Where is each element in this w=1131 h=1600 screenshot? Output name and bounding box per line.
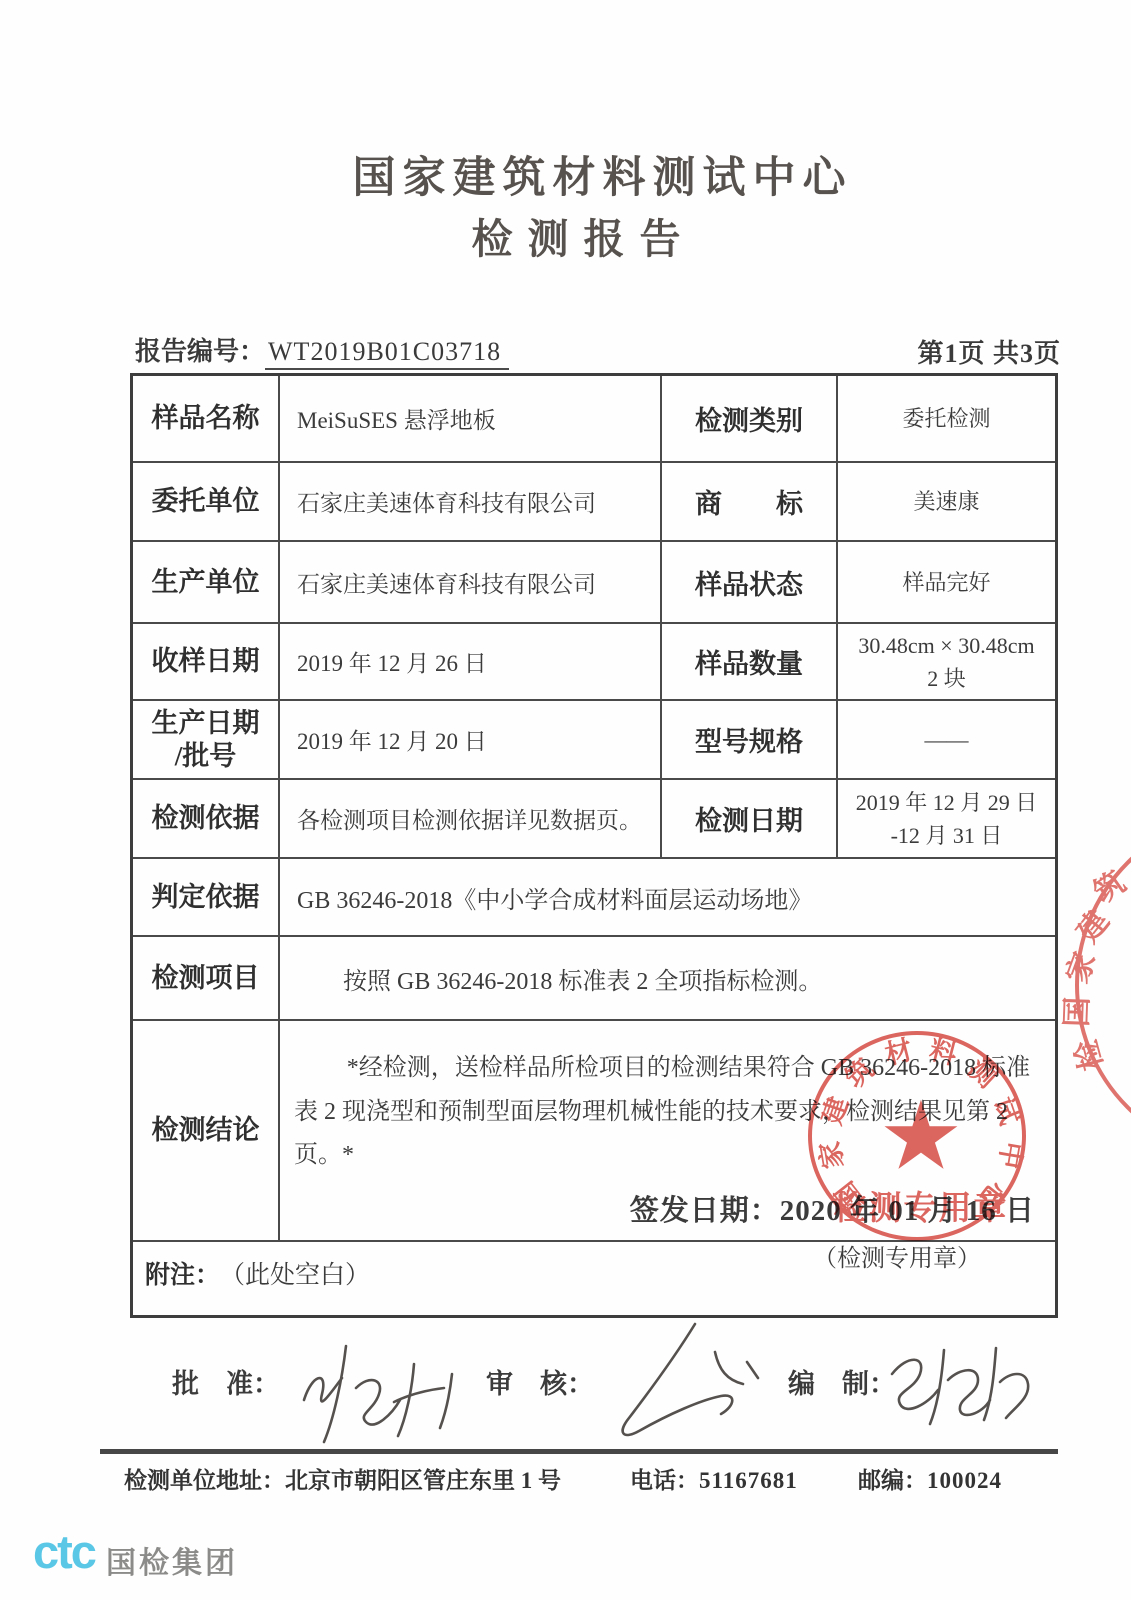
table-row: 检测项目 按照 GB 36246-2018 标准表 2 全项指标检测。: [133, 937, 1055, 1021]
page-count: 第1页 共3页: [917, 333, 1061, 370]
footer-phone-value: 51167681: [699, 1468, 798, 1493]
row-label: 委托单位: [133, 463, 280, 540]
row-label: 收样日期: [133, 624, 280, 699]
issue-date: 签发日期：2020 年 01 月 16 日: [294, 1188, 1043, 1229]
table-row-note: 附注： （此处空白）: [133, 1242, 1055, 1315]
row-label: 检测类别: [662, 376, 838, 461]
row-label: 判定依据: [133, 859, 280, 935]
row-label: 生产单位: [133, 542, 280, 622]
page-title: 国家建筑材料测试中心: [37, 144, 1131, 205]
table-row: 委托单位 石家庄美速体育科技有限公司 商 标 美速康: [133, 463, 1055, 542]
report-page: 国家建筑材料测试中心 检测报告 报告编号：WT2019B01C03718 第1页…: [0, 0, 1131, 1600]
table-row: 生产日期 /批号 2019 年 12 月 20 日 型号规格 ——: [133, 701, 1055, 780]
edge-stamp-char: 建: [1073, 906, 1115, 948]
row-value: ——: [838, 701, 1055, 778]
row-value: 2019 年 12 月 20 日: [280, 701, 662, 778]
row-label: 生产日期 /批号: [133, 701, 280, 778]
footer-address-label: 检测单位地址：: [124, 1468, 285, 1493]
review-label: 审 核：: [486, 1362, 594, 1401]
row-value: 2019 年 12 月 26 日: [280, 624, 662, 699]
conclusion-cell: *经检测，送检样品所检项目的检测结果符合 GB 36246-2018 标准表 2…: [280, 1021, 1055, 1240]
edge-stamp-partial: 检国家建筑: [1050, 840, 1131, 1140]
footer-phone-label: 电话：: [630, 1468, 699, 1493]
conclusion-text: *经检测，送检样品所检项目的检测结果符合 GB 36246-2018 标准表 2…: [294, 1047, 1043, 1178]
edge-stamp-char: 筑: [1089, 867, 1131, 909]
table-row: 判定依据 GB 36246-2018《中小学合成材料面层运动场地》: [133, 859, 1055, 937]
edge-stamp-char: 国: [1062, 996, 1093, 1027]
report-number-label: 报告编号：: [135, 337, 265, 366]
row-value: 样品完好: [838, 542, 1055, 622]
row-value: 石家庄美速体育科技有限公司: [280, 542, 662, 622]
footer-phone: 电话：51167681: [630, 1462, 798, 1495]
row-value: 石家庄美速体育科技有限公司: [280, 463, 662, 540]
table-row: 收样日期 2019 年 12 月 26 日 样品数量 30.48cm × 30.…: [133, 624, 1055, 701]
row-label: 商 标: [662, 463, 838, 540]
note-value: （此处空白）: [220, 1255, 370, 1291]
row-value: 30.48cm × 30.48cm 2 块: [838, 624, 1055, 699]
approve-signature: [282, 1330, 482, 1445]
ctc-logo-icon: ctc: [33, 1524, 95, 1579]
row-value: 委托检测: [838, 376, 1055, 461]
table-row: 生产单位 石家庄美速体育科技有限公司 样品状态 样品完好: [133, 542, 1055, 624]
edge-stamp-char: 家: [1063, 949, 1101, 987]
footer-postcode: 邮编：100024: [858, 1462, 1002, 1495]
approve-label: 批 准：: [172, 1362, 280, 1401]
footer-address-value: 北京市朝阳区管庄东里 1 号: [285, 1468, 561, 1493]
row-label: 样品名称: [133, 376, 280, 461]
review-signature: [595, 1318, 770, 1443]
report-number-line: 报告编号：WT2019B01C03718: [135, 331, 509, 368]
row-label: 样品状态: [662, 542, 838, 622]
footer-address: 检测单位地址：北京市朝阳区管庄东里 1 号: [124, 1462, 561, 1495]
edge-stamp-arc: [1075, 840, 1131, 1140]
logo-company-name: 国检集团: [106, 1538, 238, 1582]
row-value: 2019 年 12 月 29 日 -12 月 31 日: [838, 780, 1055, 857]
prepare-signature: [882, 1332, 1042, 1432]
table-row-conclusion: 检测结论 *经检测，送检样品所检项目的检测结果符合 GB 36246-2018 …: [133, 1021, 1055, 1242]
row-label: 检测结论: [133, 1021, 280, 1240]
footer-postcode-label: 邮编：: [858, 1468, 927, 1493]
table-row: 样品名称 MeiSuSES 悬浮地板 检测类别 委托检测: [133, 376, 1055, 463]
row-label: 型号规格: [662, 701, 838, 778]
row-value: GB 36246-2018《中小学合成材料面层运动场地》: [280, 859, 1055, 935]
edge-stamp-char: 检: [1072, 1037, 1109, 1074]
footer-divider: [100, 1449, 1058, 1454]
row-label: 检测依据: [133, 780, 280, 857]
row-value: 美速康: [838, 463, 1055, 540]
row-value: 各检测项目检测依据详见数据页。: [280, 780, 662, 857]
table-row: 检测依据 各检测项目检测依据详见数据页。 检测日期 2019 年 12 月 29…: [133, 780, 1055, 859]
report-number-value: WT2019B01C03718: [265, 337, 509, 370]
note-cell: 附注： （此处空白）: [133, 1242, 1055, 1315]
row-value: MeiSuSES 悬浮地板: [280, 376, 662, 461]
note-label: 附注：: [145, 1255, 220, 1291]
row-value: 按照 GB 36246-2018 标准表 2 全项指标检测。: [280, 937, 1055, 1019]
page-subtitle: 检测报告: [18, 206, 1131, 265]
row-label: 检测日期: [662, 780, 838, 857]
row-label: 样品数量: [662, 624, 838, 699]
prepare-label: 编 制：: [788, 1362, 896, 1401]
row-label: 检测项目: [133, 937, 280, 1019]
sample-info-table: 样品名称 MeiSuSES 悬浮地板 检测类别 委托检测 委托单位 石家庄美速体…: [130, 373, 1058, 1318]
footer-postcode-value: 100024: [927, 1468, 1002, 1493]
